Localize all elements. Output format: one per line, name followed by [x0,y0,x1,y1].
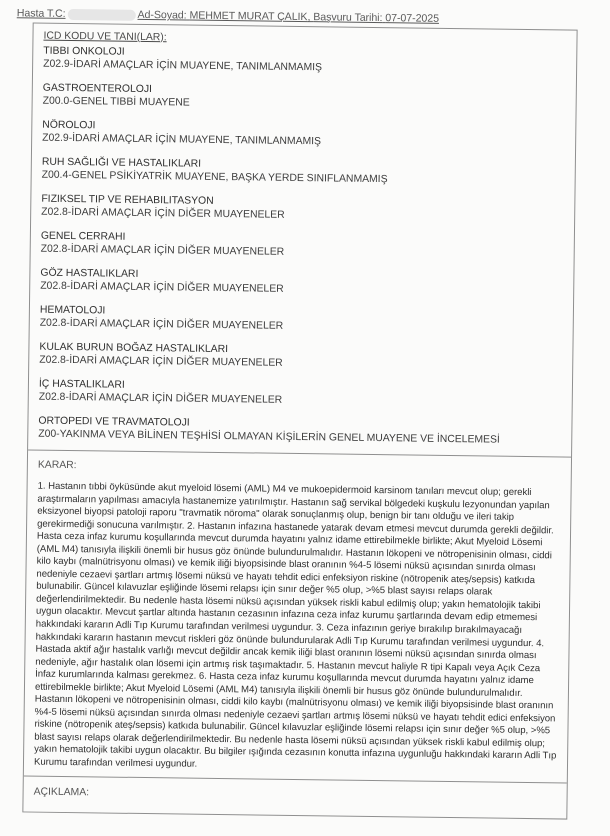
department-item: KULAK BURUN BOĞAZ HASTALIKLARIZ02.8-İDAR… [39,342,562,374]
date-label: Başvuru Tarihi: [313,11,382,24]
patient-name: MEHMET MURAT ÇALIK [189,10,307,24]
decision-title: KARAR: [38,460,561,478]
department-item: NÖROLOJIZ02.9-İDARİ AMAÇLAR İÇİN MUAYENE… [42,120,565,152]
explanation-section: AÇIKLAMA: [23,776,566,818]
department-item: GENEL CERRAHIZ02.8-İDARİ AMAÇLAR İÇİN Dİ… [41,231,564,263]
report-frame: ICD KODU VE TANI(LAR): TIBBI ONKOLOJIZ02… [22,23,577,820]
tc-label: Hasta T.C: [17,7,66,20]
department-item: HEMATOLOJIZ02.8-İDARİ AMAÇLAR İÇİN DİĞER… [40,305,563,337]
department-item: GASTROENTEROLOJIZ00.0-GENEL TIBBİ MUAYEN… [43,83,566,115]
department-item: ORTOPEDI VE TRAVMATOLOJIZ00-YAKINMA VEYA… [38,416,561,448]
decision-section: KARAR: 1. Hastanın tıbbi öyküsünde akut … [24,450,571,783]
tc-redacted-value [67,9,135,21]
decision-text: 1. Hastanın tıbbi öyküsünde akut myeloid… [34,481,561,776]
name-label: Ad-Soyad: [137,9,186,22]
department-item: RUH SAĞLIĞI VE HASTALIKLARIZ00.4-GENEL P… [42,157,565,189]
icd-section: ICD KODU VE TANI(LAR): TIBBI ONKOLOJIZ02… [28,24,577,458]
department-item: GÖZ HASTALIKLARIZ02.8-İDARİ AMAÇLAR İÇİN… [40,268,563,300]
department-item: TIBBI ONKOLOJIZ02.9-İDARİ AMAÇLAR İÇİN M… [43,46,566,78]
report-page: Hasta T.C:Ad-Soyad: MEHMET MURAT ÇALIK, … [0,0,610,836]
application-date: 07-07-2025 [385,12,439,25]
department-item: FIZIKSEL TIP VE REHABILITASYONZ02.8-İDAR… [41,194,564,226]
explanation-title: AÇIKLAMA: [34,786,557,804]
department-list: TIBBI ONKOLOJIZ02.9-İDARİ AMAÇLAR İÇİN M… [38,46,566,448]
department-item: İÇ HASTALIKLARIZ02.8-İDARİ AMAÇLAR İÇİN … [39,379,562,411]
